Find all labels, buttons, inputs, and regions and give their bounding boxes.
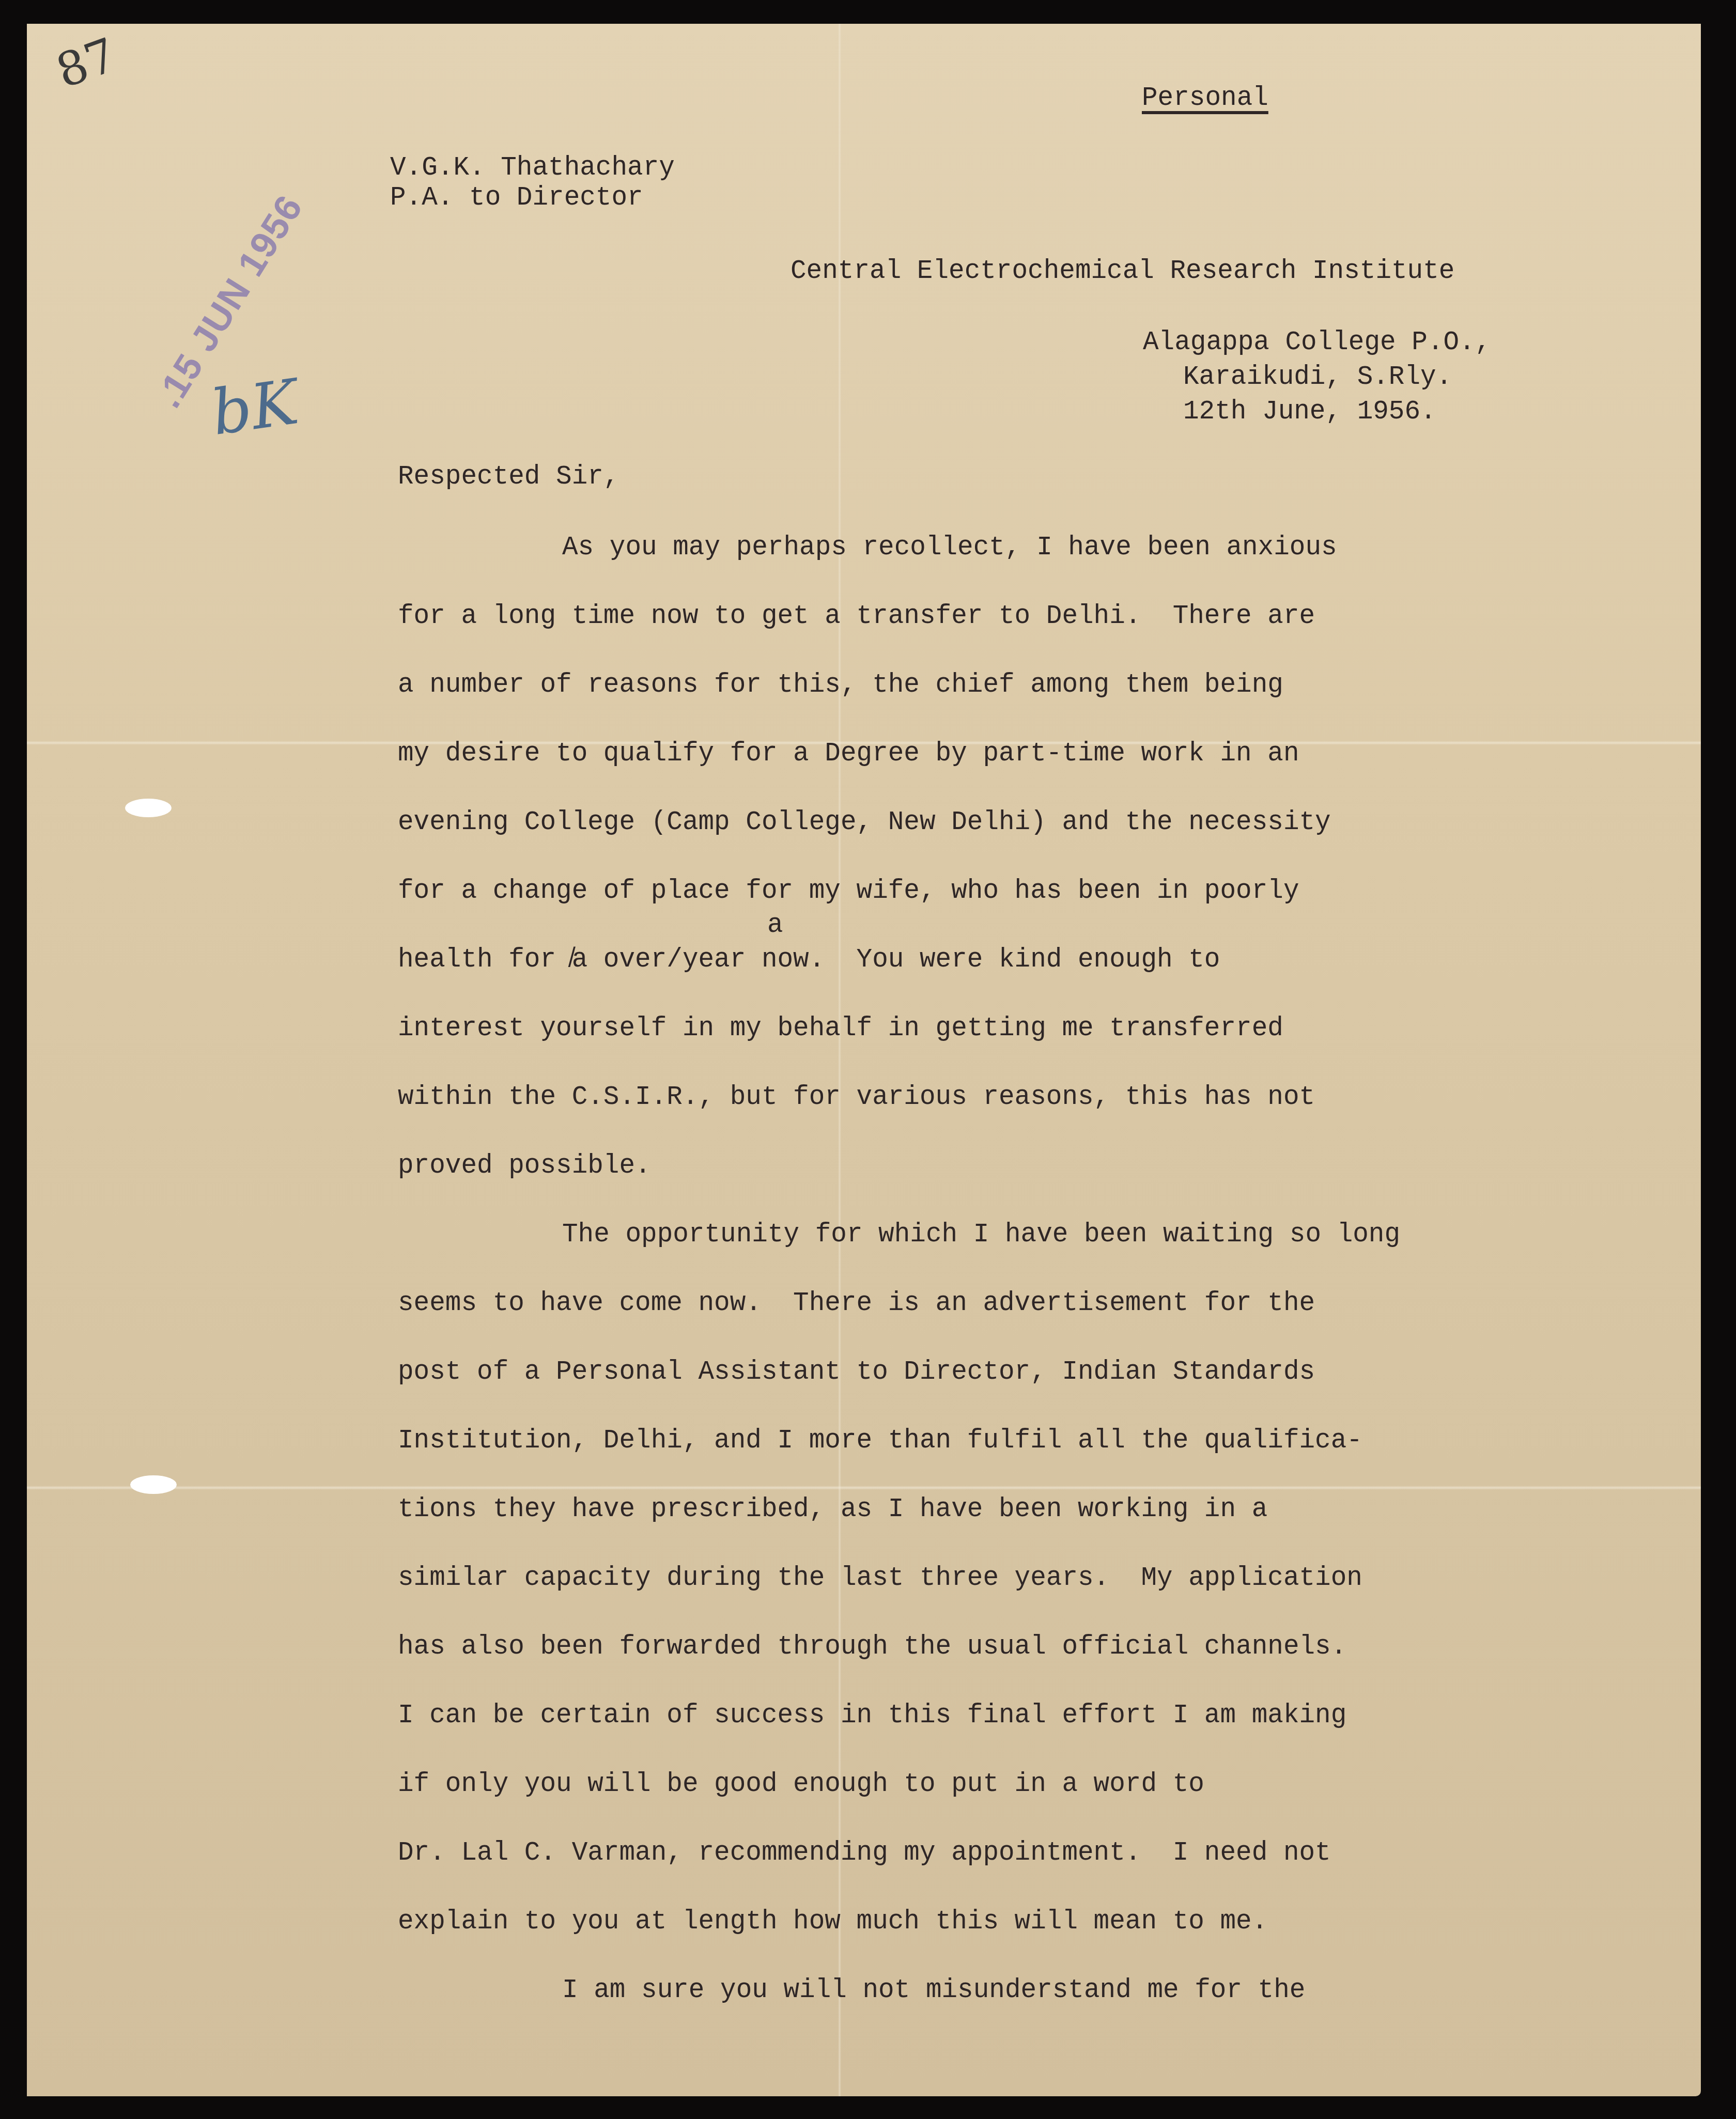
interlinear-correction: a [767,912,783,939]
body-line: has also been forwarded through the usua… [398,1634,1346,1660]
punch-hole-top [125,799,172,817]
body-line: Institution, Delhi, and I more than fulf… [398,1428,1362,1454]
body-line: seems to have come now. There is an adve… [398,1290,1315,1317]
body-line: interest yourself in my behalf in gettin… [398,1016,1283,1042]
institution-name: Central Electrochemical Research Institu… [791,258,1454,285]
address-line-2: Karaikudi, S.Rly. [1183,364,1452,391]
body-line: tions they have prescribed, as I have be… [398,1497,1267,1523]
paper-fold-horizontal [27,1486,1701,1490]
body-line: As you may perhaps recollect, I have bee… [562,535,1337,561]
body-line: for a long time now to get a transfer to… [398,603,1315,630]
body-line: explain to you at length how much this w… [398,1909,1267,1935]
body-line: I can be certain of success in this fina… [398,1703,1346,1729]
body-line: if only you will be good enough to put i… [398,1771,1204,1798]
body-line: The opportunity for which I have been wa… [562,1222,1400,1248]
body-line: my desire to qualify for a Degree by par… [398,741,1299,767]
body-line: within the C.S.I.R., but for various rea… [398,1084,1315,1111]
body-line: health for ̸a over/year now. You were ki… [398,947,1220,973]
letter-date: 12th June, 1956. [1183,399,1436,425]
punch-hole-bottom [130,1475,177,1494]
sender-title: P.A. to Director [390,185,643,211]
body-line: I am sure you will not misunderstand me … [562,1977,1305,2004]
personal-marking: Personal [1142,85,1268,112]
body-line: similar capacity during the last three y… [398,1565,1362,1592]
body-line: a number of reasons for this, the chief … [398,672,1283,698]
salutation: Respected Sir, [398,464,619,490]
body-line: proved possible. [398,1153,651,1179]
body-line: evening College (Camp College, New Delhi… [398,809,1331,836]
handwritten-initials: bK [207,366,302,449]
sender-name: V.G.K. Thathachary [390,155,675,181]
body-line: post of a Personal Assistant to Director… [398,1359,1315,1385]
address-line-1: Alagappa College P.O., [1143,330,1491,356]
body-line: Dr. Lal C. Varman, recommending my appoi… [398,1840,1331,1866]
body-line: for a change of place for my wife, who h… [398,878,1299,905]
